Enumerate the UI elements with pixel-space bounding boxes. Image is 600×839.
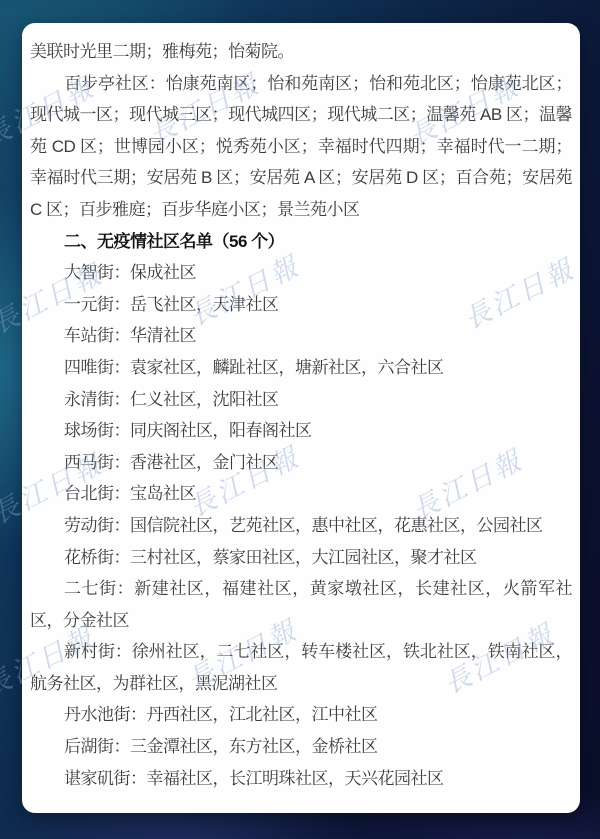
paragraph: 球场街：同庆阁社区，阳春阁社区 — [30, 415, 572, 447]
paragraph: 新村街：徐州社区，二七社区，转车楼社区，铁北社区，铁南社区，航务社区，为群社区，… — [30, 636, 572, 699]
paragraph: 车站街：华清社区 — [30, 320, 572, 352]
paragraph: 美联时光里二期；雅梅苑；怡菊院。 — [30, 36, 572, 68]
paragraph: 台北街：宝岛社区 — [30, 478, 572, 510]
paragraph: 一元街：岳飞社区，天津社区 — [30, 289, 572, 321]
section-heading: 二、无疫情社区名单（56 个） — [30, 226, 572, 258]
article-card: 美联时光里二期；雅梅苑；怡菊院。百步亭社区：怡康苑南区；怡和苑南区；怡和苑北区；… — [22, 23, 580, 813]
paragraph: 后湖街：三金潭社区，东方社区，金桥社区 — [30, 731, 572, 763]
screenshot-root: 美联时光里二期；雅梅苑；怡菊院。百步亭社区：怡康苑南区；怡和苑南区；怡和苑北区；… — [0, 0, 600, 839]
paragraph: 永清街：仁义社区，沈阳社区 — [30, 384, 572, 416]
article-text-body: 美联时光里二期；雅梅苑；怡菊院。百步亭社区：怡康苑南区；怡和苑南区；怡和苑北区；… — [22, 23, 580, 813]
paragraph: 二七街：新建社区，福建社区，黄家墩社区，长建社区，火箭军社区，分金社区 — [30, 573, 572, 636]
paragraph: 花桥街：三村社区，蔡家田社区，大江园社区，聚才社区 — [30, 542, 572, 574]
paragraph: 百步亭社区：怡康苑南区；怡和苑南区；怡和苑北区；怡康苑北区；现代城一区；现代城三… — [30, 68, 572, 226]
paragraph: 四唯街：袁家社区，麟趾社区，塘新社区，六合社区 — [30, 352, 572, 384]
paragraph: 劳动街：国信院社区，艺苑社区，惠中社区，花惠社区，公园社区 — [30, 510, 572, 542]
paragraph: 丹水池街：丹西社区，江北社区，江中社区 — [30, 699, 572, 731]
paragraph: 谌家矶街：幸福社区，长江明珠社区，天兴花园社区 — [30, 763, 572, 795]
paragraph: 西马街：香港社区，金门社区 — [30, 447, 572, 479]
paragraph: 大智街：保成社区 — [30, 257, 572, 289]
